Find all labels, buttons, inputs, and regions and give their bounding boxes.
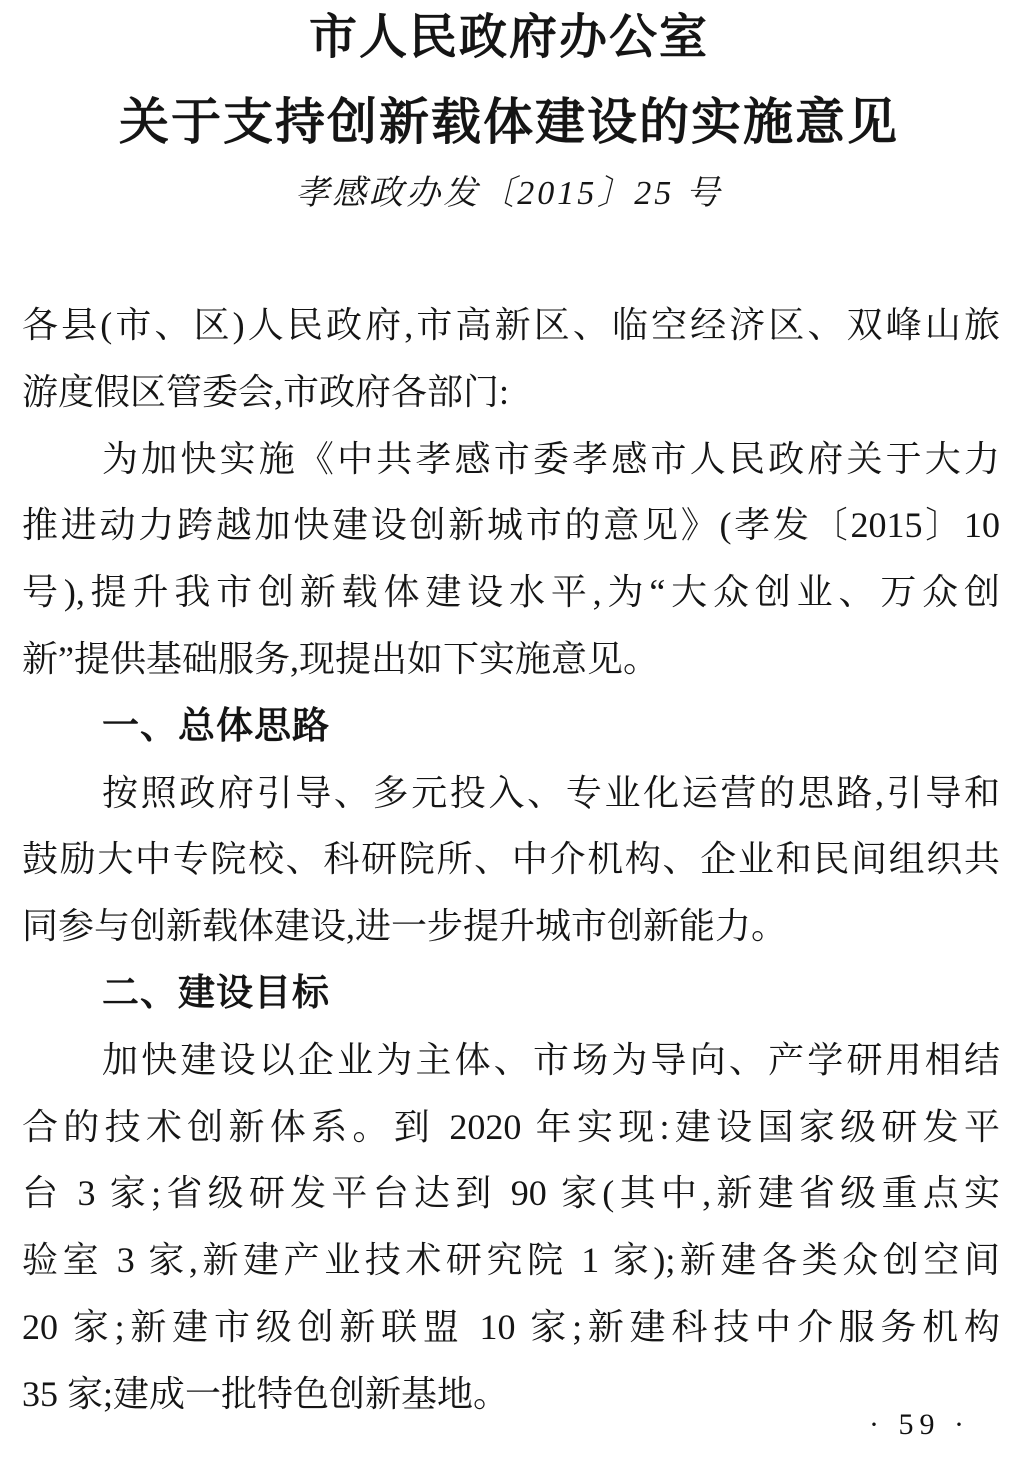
text-line: 加快建设以企业为主体、市场为导向、产学研用相结	[22, 1027, 1000, 1094]
text-line: 合的技术创新体系。到 2020 年实现:建设国家级研发平	[22, 1094, 1000, 1161]
text-line: 推进动力跨越加快建设创新城市的意见》(孝发〔2015〕10	[22, 492, 1000, 559]
text-line: 号),提升我市创新载体建设水平,为“大众创业、万众创	[22, 559, 1000, 626]
text-line: 35 家;建成一批特色创新基地。	[22, 1361, 1000, 1428]
text-line: 新”提供基础服务,现提出如下实施意见。	[22, 626, 1000, 693]
document-body: 各县(市、区)人民政府,市高新区、临空经济区、双峰山旅游度假区管委会,市政府各部…	[22, 292, 1000, 1428]
text-line: 为加快实施《中共孝感市委孝感市人民政府关于大力	[22, 426, 1000, 493]
text-line: 各县(市、区)人民政府,市高新区、临空经济区、双峰山旅	[22, 292, 1000, 359]
text-line: 按照政府引导、多元投入、专业化运营的思路,引导和	[22, 760, 1000, 827]
document-page: 市人民政府办公室 关于支持创新载体建设的实施意见 孝感政办发〔2015〕25 号…	[0, 0, 1018, 1464]
text-line: 游度假区管委会,市政府各部门:	[22, 359, 1000, 426]
text-line: 同参与创新载体建设,进一步提升城市创新能力。	[22, 893, 1000, 960]
section-heading: 一、总体思路	[22, 693, 1000, 760]
document-title-line2: 关于支持创新载体建设的实施意见	[0, 90, 1018, 154]
document-number: 孝感政办发〔2015〕25 号	[0, 172, 1018, 216]
document-title-line1: 市人民政府办公室	[0, 0, 1018, 68]
page-number: · 59 ·	[869, 1408, 970, 1442]
text-line: 验室 3 家,新建产业技术研究院 1 家);新建各类众创空间	[22, 1227, 1000, 1294]
text-line: 台 3 家;省级研发平台达到 90 家(其中,新建省级重点实	[22, 1160, 1000, 1227]
text-line: 20 家;新建市级创新联盟 10 家;新建科技中介服务机构	[22, 1294, 1000, 1361]
section-heading: 二、建设目标	[22, 960, 1000, 1027]
text-line: 鼓励大中专院校、科研院所、中介机构、企业和民间组织共	[22, 826, 1000, 893]
